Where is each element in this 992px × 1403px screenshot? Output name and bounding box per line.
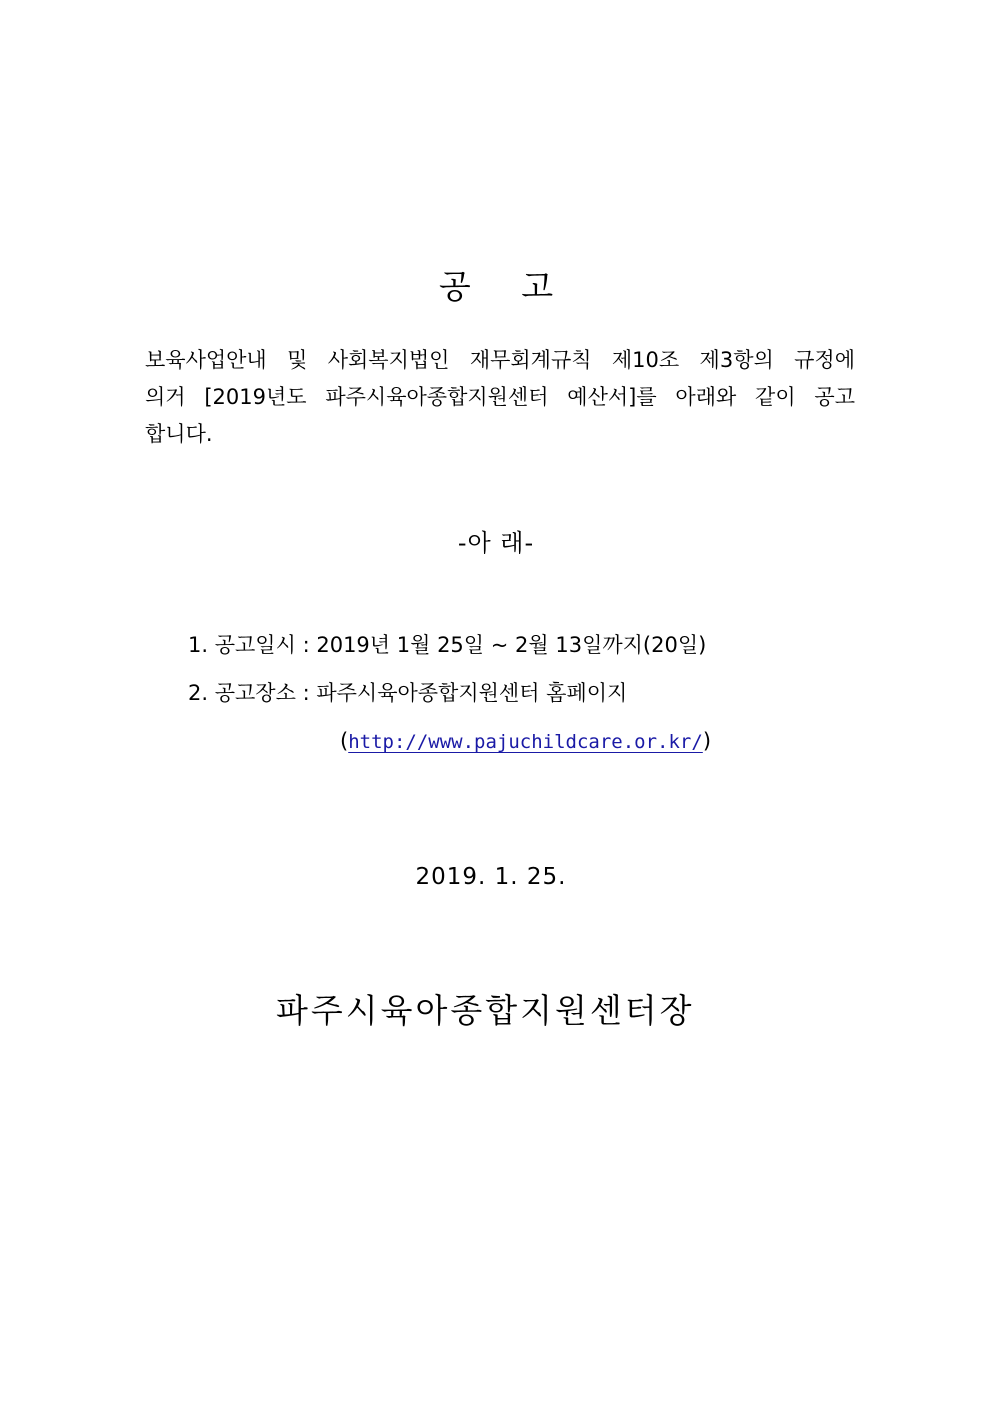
intro-line-2: 의거 [2019년도 파주시육아종합지원센터 예산서]를 아래와 같이 공고 bbox=[145, 379, 855, 416]
item-label: 공고일시 bbox=[215, 633, 296, 657]
item-separator: : bbox=[303, 633, 310, 657]
notice-title: 공 고 bbox=[0, 265, 992, 309]
homepage-url-line: (http://www.pajuchildcare.or.kr/) bbox=[340, 726, 711, 757]
item-number: 2. bbox=[188, 681, 208, 705]
paren-close: ) bbox=[703, 729, 711, 753]
notice-date: 2019. 1. 25. bbox=[0, 860, 982, 894]
item-label: 공고장소 bbox=[215, 681, 296, 705]
signer-name: 파주시육아종합지원센터장 bbox=[276, 988, 695, 1034]
intro-line-1: 보육사업안내 및 사회복지법인 재무회계규칙 제10조 제3항의 규정에 bbox=[145, 342, 855, 379]
homepage-link[interactable]: http://www.pajuchildcare.or.kr/ bbox=[348, 731, 703, 753]
intro-paragraph: 보육사업안내 및 사회복지법인 재무회계규칙 제10조 제3항의 규정에 의거 … bbox=[145, 342, 855, 453]
intro-line-3: 합니다. bbox=[145, 416, 855, 453]
section-heading: -아 래- bbox=[0, 525, 992, 561]
list-item-notice-place: 2. 공고장소 : 파주시육아종합지원센터 홈페이지 bbox=[188, 678, 627, 708]
item-number: 1. bbox=[188, 633, 208, 657]
item-separator: : bbox=[303, 681, 310, 705]
list-item-notice-period: 1. 공고일시 : 2019년 1월 25일 ~ 2월 13일까지(20일) bbox=[188, 630, 706, 660]
item-value: 2019년 1월 25일 ~ 2월 13일까지(20일) bbox=[316, 633, 706, 657]
paren-open: ( bbox=[340, 729, 348, 753]
item-value: 파주시육아종합지원센터 홈페이지 bbox=[316, 681, 627, 705]
